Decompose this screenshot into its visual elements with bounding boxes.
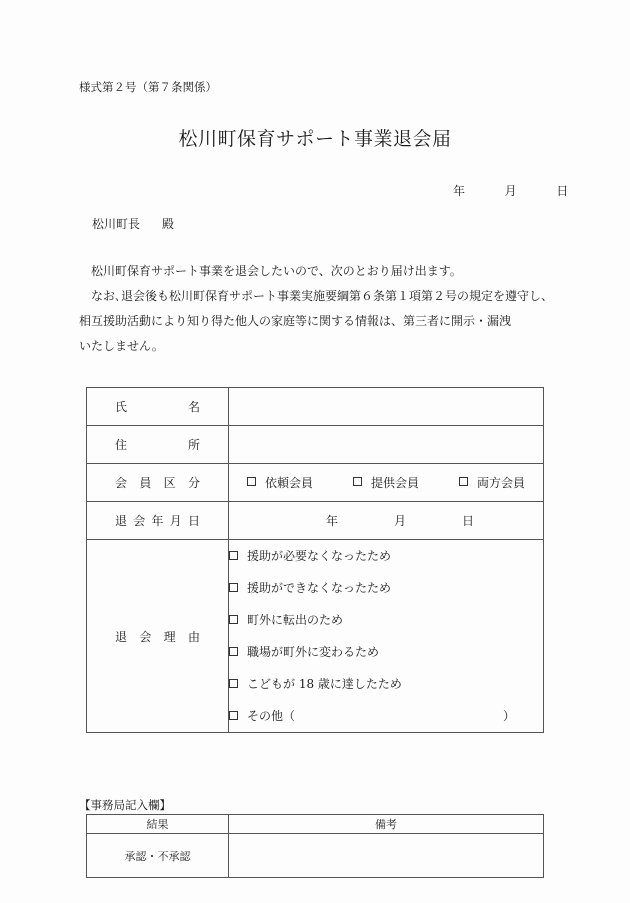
reason-option-no-longer-needed[interactable]: 援助が必要なくなったため (229, 540, 543, 572)
addressee: 松川町長殿 (92, 215, 174, 232)
reason-options: 援助が必要なくなったため 援助ができなくなったため 町外に転出のため 職場が町外… (229, 540, 544, 733)
row-reason: 退 会 理 由 援助が必要なくなったため 援助ができなくなったため 町外に転出の… (87, 540, 544, 733)
day-label: 日 (556, 182, 568, 199)
member-type-options: 依頼会員 提供会員 両方会員 (229, 464, 544, 502)
month-label: 月 (505, 182, 517, 199)
addressee-name: 松川町長 (92, 217, 140, 231)
application-table: 氏 名 住 所 会 員 区 分 依頼会員 提供会員 (86, 387, 544, 733)
office-header-row: 結果 備考 (87, 815, 544, 834)
address-field[interactable] (229, 426, 544, 464)
reason-option-child-age[interactable]: こどもが 18 歳に達したため (229, 668, 543, 700)
option-providing-member[interactable]: 提供会員 (353, 474, 419, 491)
declaration-line-2: なお､退会後も松川町保育サポート事業実施要綱第６条第１項第２号の規定を遵守し、 (79, 284, 553, 309)
addressee-honorific: 殿 (162, 217, 174, 231)
result-column-header: 結果 (87, 815, 229, 834)
reason-option-moving-out[interactable]: 町外に転出のため (229, 604, 543, 636)
row-member-type: 会 員 区 分 依頼会員 提供会員 両方会員 (87, 464, 544, 502)
checkbox-icon[interactable] (229, 711, 238, 720)
declaration-text: 松川町保育サポート事業を退会したいので、次のとおり届け出ます。 なお､退会後も松… (79, 259, 553, 359)
option-both-member[interactable]: 両方会員 (459, 474, 525, 491)
month-label: 月 (394, 512, 406, 529)
checkbox-icon[interactable] (229, 583, 238, 592)
declaration-line-4: いたしません。 (79, 334, 553, 359)
checkbox-icon[interactable] (229, 647, 238, 656)
withdraw-date-field[interactable]: 年 月 日 (229, 502, 544, 540)
checkbox-icon[interactable] (229, 679, 238, 688)
member-type-label: 会 員 区 分 (87, 464, 229, 502)
page-title: 松川町保育サポート事業退会届 (0, 124, 630, 151)
remarks-column-header: 備考 (229, 815, 544, 834)
checkbox-icon[interactable] (247, 477, 256, 486)
checkbox-icon[interactable] (229, 551, 238, 560)
checkbox-icon[interactable] (459, 477, 468, 486)
submission-date: 年 月 日 (453, 182, 568, 199)
reason-label: 退 会 理 由 (87, 540, 229, 733)
declaration-line-1: 松川町保育サポート事業を退会したいので、次のとおり届け出ます。 (79, 259, 553, 284)
result-value: 承認・不承認 (87, 834, 229, 878)
checkbox-icon[interactable] (229, 615, 238, 624)
reason-option-workplace-change[interactable]: 職場が町外に変わるため (229, 636, 543, 668)
withdraw-date-label: 退 会 年 月 日 (87, 502, 229, 540)
row-withdraw-date: 退 会 年 月 日 年 月 日 (87, 502, 544, 540)
name-label: 氏 名 (87, 388, 229, 426)
checkbox-icon[interactable] (353, 477, 362, 486)
declaration-line-3: 相互援助活動により知り得た他人の家庭等に関する情報は、第三者に開示・漏洩 (79, 309, 553, 334)
reason-option-cannot-provide[interactable]: 援助ができなくなったため (229, 572, 543, 604)
form-number: 様式第２号（第７条関係） (79, 79, 217, 95)
option-requesting-member[interactable]: 依頼会員 (247, 474, 313, 491)
year-label: 年 (326, 512, 338, 529)
office-section-heading: 【事務局記入欄】 (79, 797, 171, 813)
row-address: 住 所 (87, 426, 544, 464)
row-name: 氏 名 (87, 388, 544, 426)
office-data-row: 承認・不承認 (87, 834, 544, 878)
address-label: 住 所 (87, 426, 229, 464)
reason-option-other[interactable]: その他（） (229, 700, 543, 732)
day-label: 日 (462, 512, 474, 529)
office-use-table: 結果 備考 承認・不承認 (86, 814, 544, 878)
name-field[interactable] (229, 388, 544, 426)
remarks-field[interactable] (229, 834, 544, 878)
year-label: 年 (453, 182, 465, 199)
